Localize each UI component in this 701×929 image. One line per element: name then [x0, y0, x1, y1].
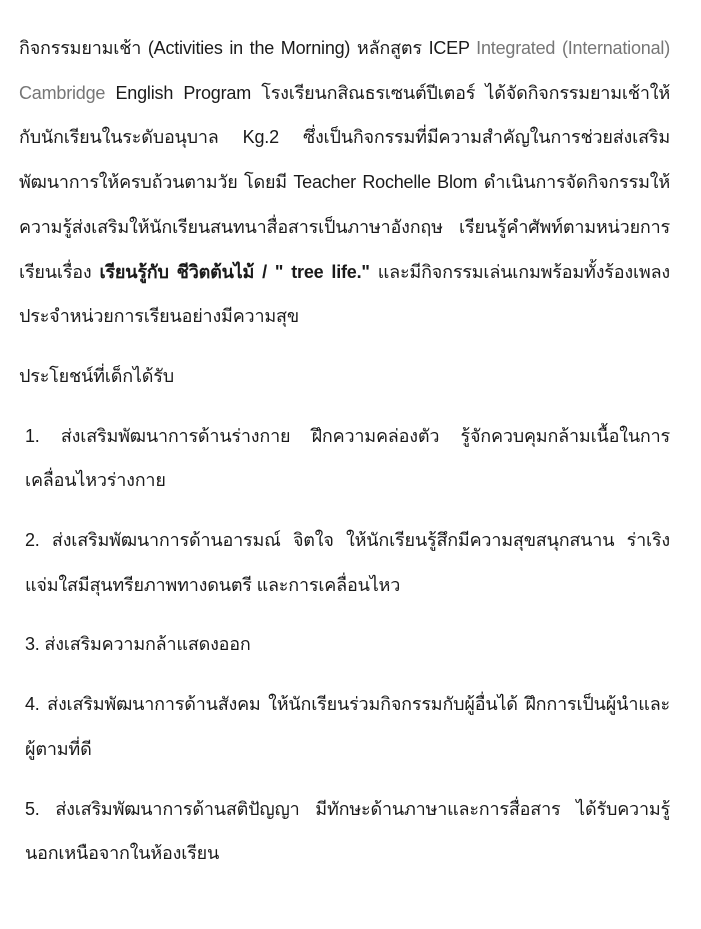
intro-text-part2: English Program โรงเรียนกสิณธรเซนต์ปีเตอ… [19, 83, 670, 282]
article-body: กิจกรรมยามเช้า (Activities in the Mornin… [19, 26, 670, 876]
benefit-item-1: 1. ส่งเสริมพัฒนาการด้านร่างกาย ฝึกความคล… [19, 414, 670, 503]
intro-text-part1: กิจกรรมยามเช้า (Activities in the Mornin… [19, 38, 476, 58]
benefit-item-4: 4. ส่งเสริมพัฒนาการด้านสังคม ให้นักเรียน… [19, 682, 670, 771]
benefits-heading: ประโยชน์ที่เด็กได้รับ [19, 354, 670, 399]
benefit-item-3: 3. ส่งเสริมความกล้าแสดงออก [19, 622, 670, 667]
unit-title-bold: เรียนรู้กับ ชีวิตต้นไม้ / " tree life." [99, 262, 369, 282]
benefit-item-5: 5. ส่งเสริมพัฒนาการด้านสติปัญญา มีทักษะด… [19, 787, 670, 876]
benefit-item-2: 2. ส่งเสริมพัฒนาการด้านอารมณ์ จิตใจ ให้น… [19, 518, 670, 607]
intro-paragraph: กิจกรรมยามเช้า (Activities in the Mornin… [19, 26, 670, 339]
